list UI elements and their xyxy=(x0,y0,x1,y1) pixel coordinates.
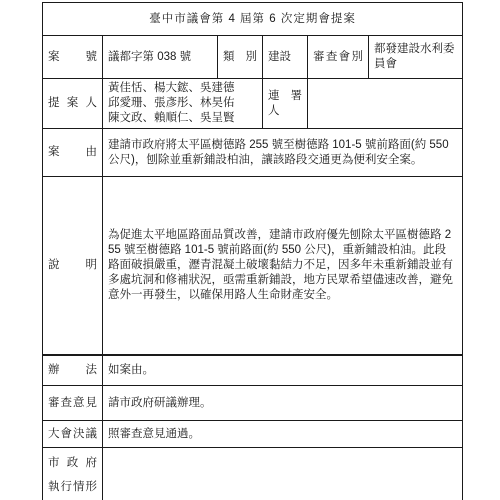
title-row: 臺中市議會第 4 屆第 6 次定期會提案 xyxy=(43,3,463,36)
subject-label: 案由 xyxy=(43,129,103,177)
review-committee-label-text: 審查會別 xyxy=(313,50,363,65)
city-gov-execution-label-line1: 市政府 xyxy=(48,456,97,471)
cosigners-label-text: 連署人 xyxy=(268,89,302,119)
cosigners-value xyxy=(308,79,463,129)
proposers-names-line1: 黃佳恬、楊大鋐、吳建德 xyxy=(108,81,257,96)
category-label: 類別 xyxy=(218,36,263,79)
proposers-label-text: 提案人 xyxy=(48,96,97,111)
method-row: 辦法 如案由。 xyxy=(43,355,463,386)
assembly-resolution-label-text: 大會決議 xyxy=(48,427,97,442)
case-number-label: 案號 xyxy=(43,36,103,79)
review-committee-label: 審查會別 xyxy=(308,36,369,79)
city-gov-execution-value xyxy=(103,448,463,500)
case-number-row: 案號 議都字第 038 號 類別 建設 審查會別 都發建設水利委員會 xyxy=(43,36,463,79)
review-opinion-label-text: 審查意見 xyxy=(48,396,97,411)
proposers-label: 提案人 xyxy=(43,79,103,129)
proposers-names-line2: 邱愛珊、張彥彤、林昊佑 xyxy=(108,96,257,111)
subject-row: 案由 建請市政府將太平區樹德路 255 號至樹德路 101-5 號前路面(約 5… xyxy=(43,129,463,177)
assembly-resolution-row: 大會決議 照審查意見通過。 xyxy=(43,421,463,448)
document-title: 臺中市議會第 4 屆第 6 次定期會提案 xyxy=(43,3,463,36)
method-label-text: 辦法 xyxy=(48,363,97,378)
proposers-row: 提案人 黃佳恬、楊大鋐、吳建德 邱愛珊、張彥彤、林昊佑 陳文政、賴順仁、吳呈賢 … xyxy=(43,79,463,129)
description-text: 為促進太平地區路面品質改善，建請市政府優先刨除太平區樹德路 255 號至樹德路 … xyxy=(103,177,463,355)
cosigners-label: 連署人 xyxy=(263,79,308,129)
subject-label-text: 案由 xyxy=(48,145,97,160)
case-number-value: 議都字第 038 號 xyxy=(103,36,218,79)
city-gov-execution-label-line2: 執行情形 xyxy=(48,480,97,495)
category-label-text: 類別 xyxy=(223,50,257,65)
case-number-label-text: 案號 xyxy=(48,50,97,65)
review-opinion-text: 請市政府研議辦理。 xyxy=(103,386,463,421)
category-value: 建設 xyxy=(263,36,308,79)
assembly-resolution-label: 大會決議 xyxy=(43,421,103,448)
review-opinion-row: 審查意見 請市政府研議辦理。 xyxy=(43,386,463,421)
method-label: 辦法 xyxy=(43,355,103,386)
city-gov-execution-row: 市政府 執行情形 xyxy=(43,448,463,500)
description-row: 說明 為促進太平地區路面品質改善，建請市政府優先刨除太平區樹德路 255 號至樹… xyxy=(43,177,463,355)
review-opinion-label: 審查意見 xyxy=(43,386,103,421)
city-gov-execution-label: 市政府 執行情形 xyxy=(43,448,103,500)
description-label: 說明 xyxy=(43,177,103,355)
proposal-table: 臺中市議會第 4 屆第 6 次定期會提案 案號 議都字第 038 號 類別 建設… xyxy=(42,2,463,500)
review-committee-value: 都發建設水利委員會 xyxy=(369,36,463,79)
subject-text: 建請市政府將太平區樹德路 255 號至樹德路 101-5 號前路面(約 550 … xyxy=(103,129,463,177)
proposers-names: 黃佳恬、楊大鋐、吳建德 邱愛珊、張彥彤、林昊佑 陳文政、賴順仁、吳呈賢 xyxy=(103,79,263,129)
proposal-document-page: 臺中市議會第 4 屆第 6 次定期會提案 案號 議都字第 038 號 類別 建設… xyxy=(0,0,500,500)
description-label-text: 說明 xyxy=(48,258,97,273)
method-text: 如案由。 xyxy=(103,355,463,386)
assembly-resolution-text: 照審查意見通過。 xyxy=(103,421,463,448)
proposers-names-line3: 陳文政、賴順仁、吳呈賢 xyxy=(108,111,257,126)
